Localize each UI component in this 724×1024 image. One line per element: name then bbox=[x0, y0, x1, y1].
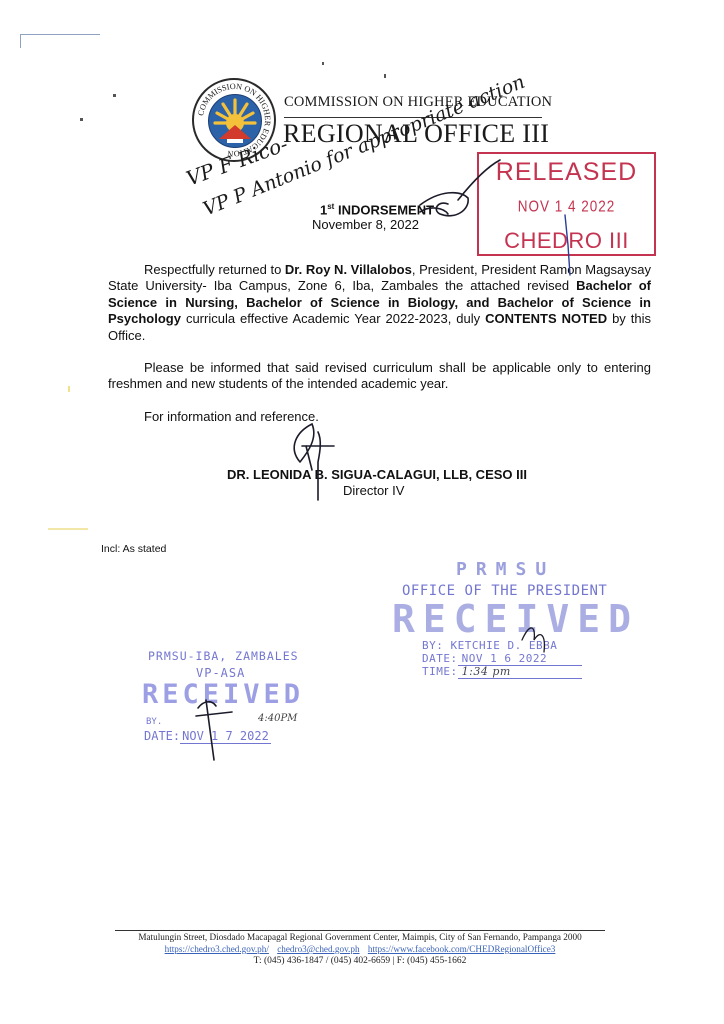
vpasa-received-stamp: PRMSU-IBA, ZAMBALES VP-ASA RECEIVED BY. … bbox=[140, 645, 310, 755]
footer-website-link[interactable]: https://chedro3.ched.gov.ph/ bbox=[165, 944, 269, 954]
indorsement-date: November 8, 2022 bbox=[312, 217, 419, 232]
signatory-name: DR. LEONIDA B. SIGUA-CALAGUI, LLB, CESO … bbox=[227, 467, 527, 482]
prmsu-stamp-status: RECEIVED bbox=[392, 597, 639, 641]
scan-artifact-yellow bbox=[48, 528, 88, 530]
footer-links: https://chedro3.ched.gov.ph/ chedro3@che… bbox=[100, 944, 620, 954]
vpasa-stamp-by: BY. bbox=[146, 717, 162, 727]
sun-rays-icon bbox=[209, 95, 261, 147]
prmsu-stamp-by-row: BY: KETCHIE D. EBBA bbox=[422, 639, 557, 652]
released-stamp-title: RELEASED bbox=[479, 158, 654, 187]
scan-speck bbox=[80, 118, 83, 121]
scan-artifact-line bbox=[20, 34, 100, 35]
prmsu-stamp-time-row: TIME:1:34 pm bbox=[422, 665, 582, 679]
body-paragraph-2: Please be informed that said revised cur… bbox=[108, 360, 651, 393]
footer-address: Matulungin Street, Diosdado Macapagal Re… bbox=[100, 932, 620, 942]
scan-speck bbox=[384, 74, 386, 78]
scan-speck bbox=[113, 94, 116, 97]
scan-artifact-yellow bbox=[68, 386, 70, 392]
vpasa-stamp-status: RECEIVED bbox=[142, 679, 304, 710]
scan-artifact-tick bbox=[20, 34, 21, 48]
footer-divider bbox=[115, 930, 605, 931]
letter-body: Respectfully returned to Dr. Roy N. Vill… bbox=[108, 262, 651, 441]
inclosure-note: Incl: As stated bbox=[101, 543, 166, 555]
prmsu-received-stamp: PRMSU OFFICE OF THE PRESIDENT RECEIVED B… bbox=[396, 555, 616, 680]
vpasa-stamp-date-row: DATE:NOV 1 7 2022 bbox=[144, 729, 271, 743]
signatory-title: Director IV bbox=[343, 483, 404, 498]
indorsement-heading: 1st INDORSEMENT bbox=[320, 202, 434, 217]
released-stamp-date: NOV 1 4 2022 bbox=[479, 198, 654, 215]
footer-facebook-link[interactable]: https://www.facebook.com/CHEDRegionalOff… bbox=[368, 944, 556, 954]
footer-email-link[interactable]: chedro3@ched.gov.ph bbox=[277, 944, 359, 954]
contents-noted: CONTENTS NOTED bbox=[485, 311, 607, 326]
footer-phones: T: (045) 436-1847 / (045) 402-6659 | F: … bbox=[100, 956, 620, 966]
vpasa-stamp-time: 4:40PM bbox=[258, 713, 297, 724]
released-stamp: RELEASED NOV 1 4 2022 CHEDRO III bbox=[477, 152, 656, 256]
released-stamp-office: CHEDRO III bbox=[479, 228, 654, 254]
indorsement-label: INDORSEMENT bbox=[338, 202, 434, 217]
scan-speck bbox=[322, 62, 324, 65]
body-paragraph-3: For information and reference. bbox=[108, 409, 651, 425]
addressee-name: Dr. Roy N. Villalobos bbox=[285, 262, 412, 277]
indorsement-ordinal-suffix: st bbox=[327, 202, 334, 211]
prmsu-stamp-header: PRMSU bbox=[456, 559, 555, 580]
prmsu-stamp-date-row: DATE:NOV 1 6 2022 bbox=[422, 652, 582, 666]
vpasa-stamp-office: VP-ASA bbox=[196, 666, 245, 680]
body-paragraph-1: Respectfully returned to Dr. Roy N. Vill… bbox=[108, 262, 651, 344]
vpasa-stamp-header: PRMSU-IBA, ZAMBALES bbox=[148, 649, 299, 663]
seal-emblem bbox=[208, 94, 262, 148]
